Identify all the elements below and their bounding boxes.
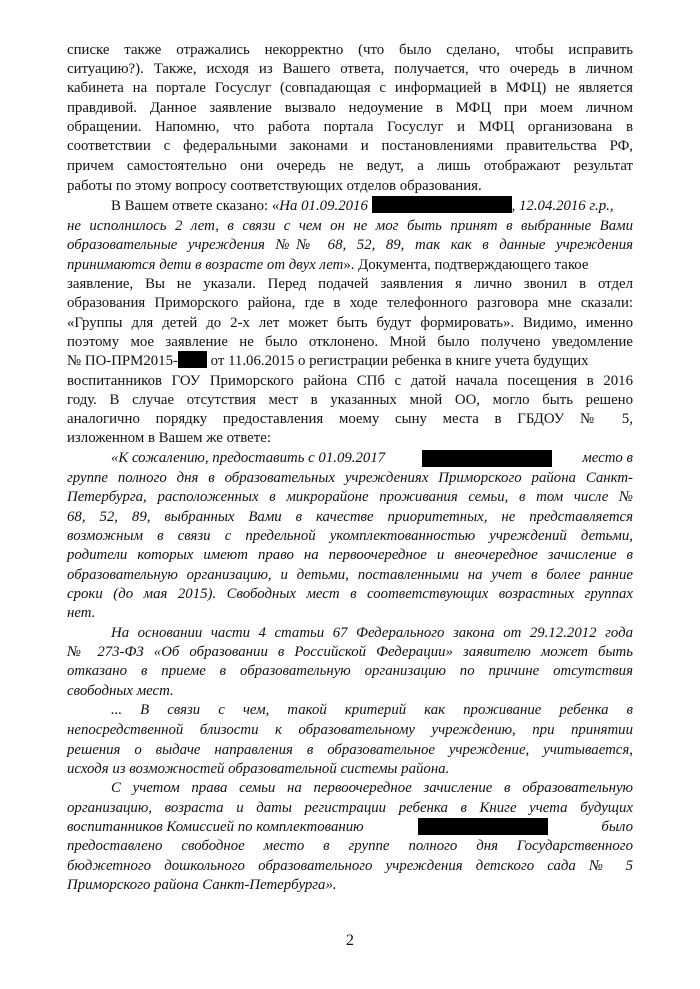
p2-line: аналогично порядку предоставления моему … — [67, 409, 633, 429]
q3-line: непосредственной близости к образователь… — [67, 720, 633, 740]
p1-line: работы по этому вопросу соответствующих … — [67, 176, 633, 196]
q1-line: сроки (до мая 2015). Свободных мест в со… — [67, 584, 633, 604]
redacted-block — [372, 196, 512, 213]
q1-line: нет. — [67, 603, 633, 623]
p2-line: № ПО-ПРМ2015- от 11.06.2015 о регистраци… — [67, 351, 633, 371]
document-page: списке также отражались некорректно (что… — [0, 0, 700, 989]
q1-text: место в — [582, 448, 633, 468]
redacted-block — [422, 450, 552, 467]
q2-line: № 273-ФЗ «Об образовании в Российской Фе… — [67, 642, 633, 662]
q1-line: группе полного дня в образовательных учр… — [67, 468, 633, 488]
p1-line: обращении. Напомню, что работа портала Г… — [67, 117, 633, 137]
p2-quote: принимаются дети в возрасте от двух лет — [67, 257, 343, 273]
q4-line-redacted: воспитанников Комиссией по комплектовани… — [67, 817, 633, 837]
p1-line: соответствии с федеральными законами и п… — [67, 136, 633, 156]
q4-line: бюджетного дошкольного образовательного … — [67, 856, 633, 876]
redacted-block — [178, 351, 207, 368]
p2-quote: , 12.04.2016 г.р., — [512, 198, 614, 214]
q2-line: отказано в приеме в образовательную орга… — [67, 661, 633, 681]
p1-line: причем самостоятельно они очередь не вед… — [67, 156, 633, 176]
p2-text: № ПО-ПРМ2015- — [67, 353, 178, 369]
q1-line: Петербурга, расположенных в микрорайоне … — [67, 487, 633, 507]
q1-line: 68, 52, 89, выбранных Вами в качестве пр… — [67, 507, 633, 527]
q3-line: решения о выдаче направления в образоват… — [67, 740, 633, 760]
q2-line: На основании части 4 статьи 67 Федеральн… — [111, 623, 633, 643]
p2-line: воспитанников ГОУ Приморского района СПб… — [67, 371, 633, 391]
p2-line: не исполнилось 2 лет, в связи с чем он н… — [67, 216, 633, 236]
q3-line: ... В связи с чем, такой критерий как пр… — [111, 700, 633, 720]
p2-line: поэтому мое заявление не было отклонено.… — [67, 332, 633, 352]
q4-line: Приморского района Санкт-Петербурга». — [67, 875, 633, 895]
q1-line: возможным в связи с предельной укомплект… — [67, 526, 633, 546]
q4-line: организацию, возраста и даты регистрации… — [67, 798, 633, 818]
p2-text: В Вашем ответе сказано: « — [111, 198, 279, 214]
q1-line: родители которых имеют право на первооче… — [67, 545, 633, 565]
q2-line: свободных мест. — [67, 681, 633, 701]
p1-line: ситуацию?). Также, исходя из Вашего отве… — [67, 59, 633, 79]
q1-text: «К сожалению, предоставить с 01.09.2017 — [111, 448, 385, 468]
q4-text: было — [601, 817, 633, 837]
p2-quote: На 01.09.2016 — [279, 198, 368, 214]
p2-line-first: В Вашем ответе сказано: «На 01.09.2016 ,… — [111, 196, 633, 216]
p2-line: изложенном в Вашем же ответе: — [67, 428, 633, 448]
p2-line: принимаются дети в возрасте от двух лет»… — [67, 255, 633, 275]
p1-line: кабинета на портале Госуслуг (совпадающа… — [67, 78, 633, 98]
p2-line: образовательные учреждения №№ 68, 52, 89… — [67, 235, 633, 255]
redacted-block — [418, 818, 548, 835]
q1-line: образовательную организацию, и детьми, п… — [67, 565, 633, 585]
p2-line: году. В случае отсутствия мест в указанн… — [67, 390, 633, 410]
p2-line: образования Приморского района, где в хо… — [67, 293, 633, 313]
p2-line: заявление, Вы не указали. Перед подачей … — [67, 274, 633, 294]
q3-line: исходя из возможностей образовательной с… — [67, 759, 633, 779]
p2-text: ». Документа, подтверждающего такое — [343, 257, 588, 273]
q4-line: предоставлено свободное место в группе п… — [67, 836, 633, 856]
q1-line-first: «К сожалению, предоставить с 01.09.2017 … — [111, 448, 633, 468]
page-number: 2 — [0, 930, 700, 950]
p1-line: списке также отражались некорректно (что… — [67, 40, 633, 60]
p2-text: от 11.06.2015 о регистрации ребенка в кн… — [207, 353, 589, 369]
q4-text: воспитанников Комиссией по комплектовани… — [67, 817, 364, 837]
p2-line: «Группы для детей до 2-х лет может быть … — [67, 313, 633, 333]
q4-line: С учетом права семьи на первоочередное з… — [111, 778, 633, 798]
p1-line: правдивой. Данное заявление вызвало недо… — [67, 98, 633, 118]
